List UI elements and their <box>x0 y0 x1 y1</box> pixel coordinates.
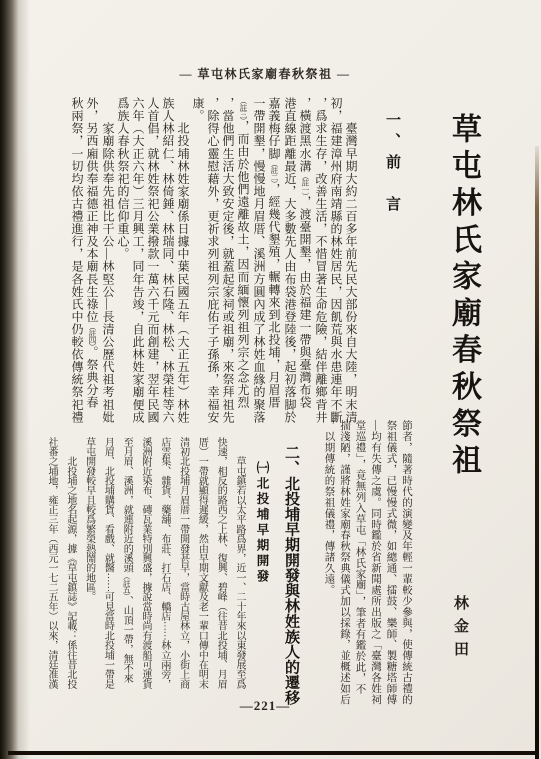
section2-column-2: 快速，相反的路西之上林、復興、碧峰（往昔北投埔、月眉 <box>210 437 229 690</box>
section2-column-10: 北投埔之地名起源，據《草屯鎮誌》記載：係往昔北投 <box>60 437 79 690</box>
section1-column-10: ，除得心靈慰藉外，更祈求列祖列宗庇佑子子孫孫，幸福安 <box>205 97 220 423</box>
scanned-page: — 草屯林氏家廟春秋祭祖 — 草屯林氏家廟春秋祭祖 林金田 節者，隨著時代的演變… <box>0 0 541 759</box>
section1-heading: 一、前 言 <box>380 97 404 423</box>
section2-column-4: 清初北投埔月眉厝一帶開發甚早，當時古屋林立，小街上商 <box>173 437 192 690</box>
note-reference: （註五） <box>122 573 131 596</box>
section1-column-17: 家廟除供奉先祖比干公—林堅公—長清公歷代祖考祖妣 <box>100 97 115 423</box>
section1-column-13: 族人林紹仁、林倚錘、林瑞同、林石隆、林松、林榮桂等六 <box>160 97 175 423</box>
section1-column-7: 一帶開墾，慢慢地月眉厝、溪洲方圓內成了林姓血緣的聚落 <box>251 97 266 423</box>
article-author: 林金田 <box>450 595 471 664</box>
abstract-note: 節者，隨著時代的演變及年輕一輩較少參與，使傳統古禮的祭祖儀式，已慢慢式微，如總通… <box>321 420 414 708</box>
scan-right-edge-line <box>535 146 539 759</box>
section1-column-6: 嘉義梅仔脚（註二），經幾代墾殖，輾轉來到北投埔，月眉厝 <box>266 97 282 423</box>
section1-column-12: 北投埔林姓家廟係日據中葉民國五年（大正五年）林姓 <box>175 97 190 423</box>
section2-column-7: 至月眉、溪洲，就連附近的溪頭（註五）、山頂一帶，無不來 <box>116 437 135 690</box>
abstract-note-column-1: 節者，隨著時代的演變及年輕一輩較少參與，使傳統古禮的 <box>399 420 415 708</box>
running-head: — 草屯林氏家廟春秋祭祖 — <box>0 65 530 82</box>
note-reference: （註三） <box>239 97 248 120</box>
note-reference: （註一） <box>301 172 310 195</box>
section1-column-9: ，當他們生活大致安定後，就蓋起家祠或祖廟，來祭拜祖先 <box>220 97 235 423</box>
note-reference: （註四） <box>88 323 97 346</box>
section2-column-5: 店雲集、雜貨、藥舖、布莊、打石店、轎店⋯⋯林立兩旁， <box>154 437 173 690</box>
page-number: —221— <box>0 698 530 714</box>
article-title: 草屯林氏家廟春秋祭祖 <box>441 113 485 481</box>
note-reference: （註二） <box>270 160 279 183</box>
section1-column-2: 初，福建漳州府南靖縣的林姓居民，因飢荒與水患連年不斷 <box>328 97 343 423</box>
section1-column-4: ，橫渡黑水溝（註一），渡臺開墾，由於福建一帶與臺灣布袋 <box>297 97 313 423</box>
section1-column-3: ，爲求生存，改善生活，不惜冒著生命危險，結伴離鄉背井 <box>313 97 328 423</box>
section2-column-3: 厝）一帶就顯得遲緩，然由早期文獻及老一輩口傳中在明末 <box>192 437 211 690</box>
section2-column-8: 月眉、北投埔購貨、看戲、就醫⋯⋯可見當時北投埔一帶是 <box>98 437 117 690</box>
section1-column-14: 人首倡，就林姓祭祀公業撥款一萬六千元而創建，翌年民國 <box>145 97 160 423</box>
section2-text-band: 二、北投埔早期開發與林姓族人的遷移 ㈠北投埔早期開發 草屯鎮若以太平路爲界，近一… <box>41 437 304 690</box>
section1-column-19: 秋兩祭，一切均依古禮進行，是各姓氏中仍較依傳統祭祀禮 <box>69 97 84 423</box>
section2-heading: 二、北投埔早期開發與林姓族人的遷移 <box>278 437 304 690</box>
abstract-note-column-4: 堂巡禮」，竟無列入草屯「林氏家廟」，筆者有鑑於此，不 <box>352 420 368 708</box>
abstract-note-column-5: 揣淺陋，謹將林姓家廟春秋祭典儀式加以採錄，並概述如后 <box>337 420 353 708</box>
section1-column-18: 外，另西廂供奉福德正神及本廟長生祿位（註四）。祭典分春 <box>84 97 100 423</box>
abstract-note-column-6: ，以期傳統的祭祖儀禮，傳諸久遠。 <box>321 420 337 708</box>
section1-text-band: 一、前 言 臺灣早期大約二百多年前先民大部份來自大陸，明末清初，福建漳州府南靖縣… <box>69 97 404 423</box>
section2-column-11: 社番之埔地，雍正三年（西元一七二五年）以來，清廷准漢 <box>41 437 60 690</box>
section1-column-11: 康。 <box>190 97 205 423</box>
scan-bottom-edge-line <box>8 751 538 755</box>
section2-column-6: 溪洲附近染布、磚瓦業特別興盛，據說當時尚有渡船可運貨 <box>135 437 154 690</box>
section1-column-1: 臺灣早期大約二百多年前先民大部份來自大陸，明末清 <box>343 97 358 423</box>
section1-column-8: （註三），而由於他們遠離故土，因而緬懷列祖列宗之念尤烈 <box>235 97 251 423</box>
section2-subheading: ㈠北投埔早期開發 <box>251 437 273 690</box>
section1-column-15: 六年（大正六年）三月興工，同年告竣，自此林姓家廟便成 <box>130 97 145 423</box>
section1-column-16: 爲族人春秋祭祀的信仰重心。 <box>115 97 130 423</box>
abstract-note-column-3: —均有失傳之虞。同時鑑於省新聞處所出版之「臺灣各姓祠 <box>368 420 384 708</box>
abstract-note-column-2: 祭祖儀式，已慢慢式微，如總通、擂鼓、樂師、製糖塔師傅 <box>383 420 399 708</box>
section2-column-1: 草屯鎮若以太平路爲界，近一、二十年來以東發展至爲 <box>229 437 248 690</box>
section1-column-5: 港直線距離最近，大多數先人由布袋港登陸後，起初落脚於 <box>282 97 297 423</box>
scan-gutter-shadow <box>0 0 30 759</box>
section2-column-9: 草屯開發較早且較爲繁榮熱鬧的地區。 <box>79 437 98 690</box>
